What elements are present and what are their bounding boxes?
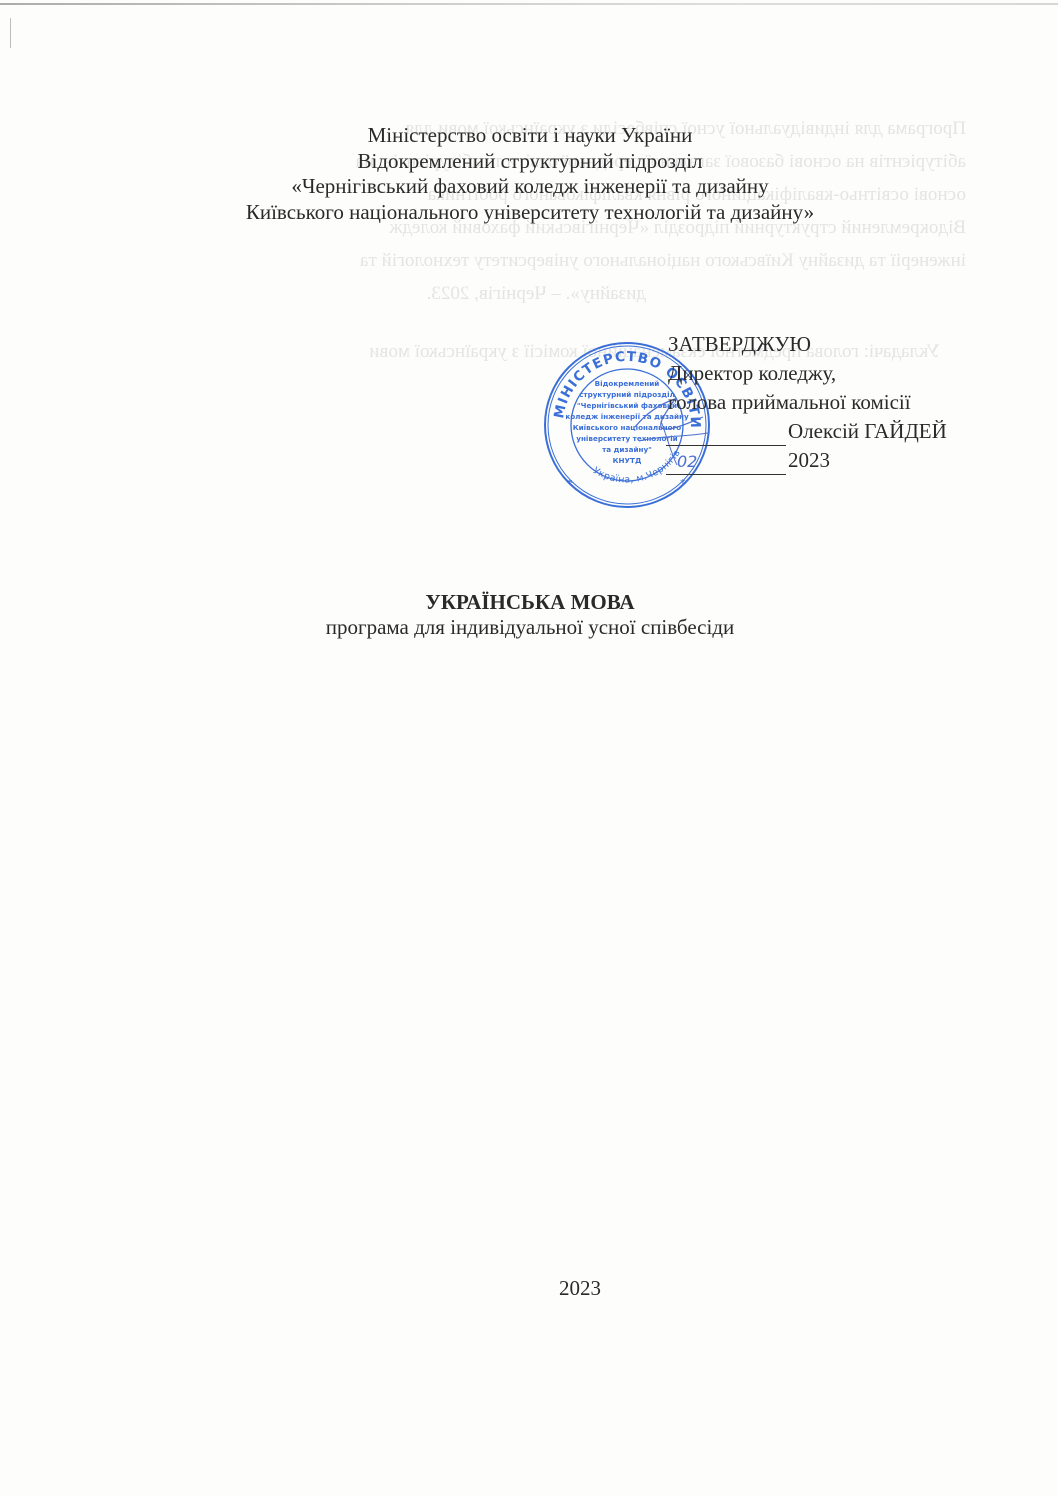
bleed-line: інженерії та дизайну Київського націонал… [86, 250, 966, 272]
svg-text:університету технологій: університету технологій [576, 434, 677, 443]
approval-heading: ЗАТВЕРДЖУЮ [668, 330, 947, 359]
signatory-name: Олексій ГАЙДЕЙ [788, 417, 947, 446]
document-title: УКРАЇНСЬКА МОВА [230, 590, 830, 614]
institution-header: Міністерство освіти і науки України Відо… [230, 123, 830, 225]
scan-edge-top [0, 3, 1058, 5]
document-subtitle: програма для індивідуальної усної співбе… [230, 614, 830, 640]
date-blank [666, 454, 786, 475]
svg-text:Відокремлений: Відокремлений [595, 379, 660, 388]
approval-year: 2023 [788, 446, 830, 475]
svg-text:КНУТД: КНУТД [613, 456, 642, 465]
ministry-name: Міністерство освіти і науки України [230, 123, 830, 149]
approver-role: голова приймальної комісії [668, 388, 947, 417]
svg-text:структурний підрозділ: структурний підрозділ [579, 390, 675, 399]
svg-text:"Чернігівський фаховий: "Чернігівський фаховий [577, 401, 677, 410]
svg-text:*: * [680, 477, 686, 490]
date-line: 2023 [666, 446, 947, 475]
college-name: «Чернігівський фаховий коледж інженерії … [230, 174, 830, 200]
svg-text:*: * [567, 477, 573, 490]
bleed-line: дизайну». – Чернігів, 2023. [86, 283, 646, 305]
signature-line: Олексій ГАЙДЕЙ [666, 417, 947, 446]
svg-text:та дизайну": та дизайну" [602, 445, 652, 454]
university-name: Київського національного університету те… [230, 200, 830, 226]
footer-year: 2023 [500, 1276, 660, 1301]
scan-edge-left [10, 18, 11, 48]
signature-blank [666, 425, 786, 446]
approver-position: Директор коледжу, [668, 359, 947, 388]
approval-block: ЗАТВЕРДЖУЮ Директор коледжу, голова прий… [668, 330, 947, 475]
title-block: УКРАЇНСЬКА МОВА програма для індивідуаль… [230, 590, 830, 640]
subdivision-label: Відокремлений структурний підрозділ [230, 149, 830, 175]
